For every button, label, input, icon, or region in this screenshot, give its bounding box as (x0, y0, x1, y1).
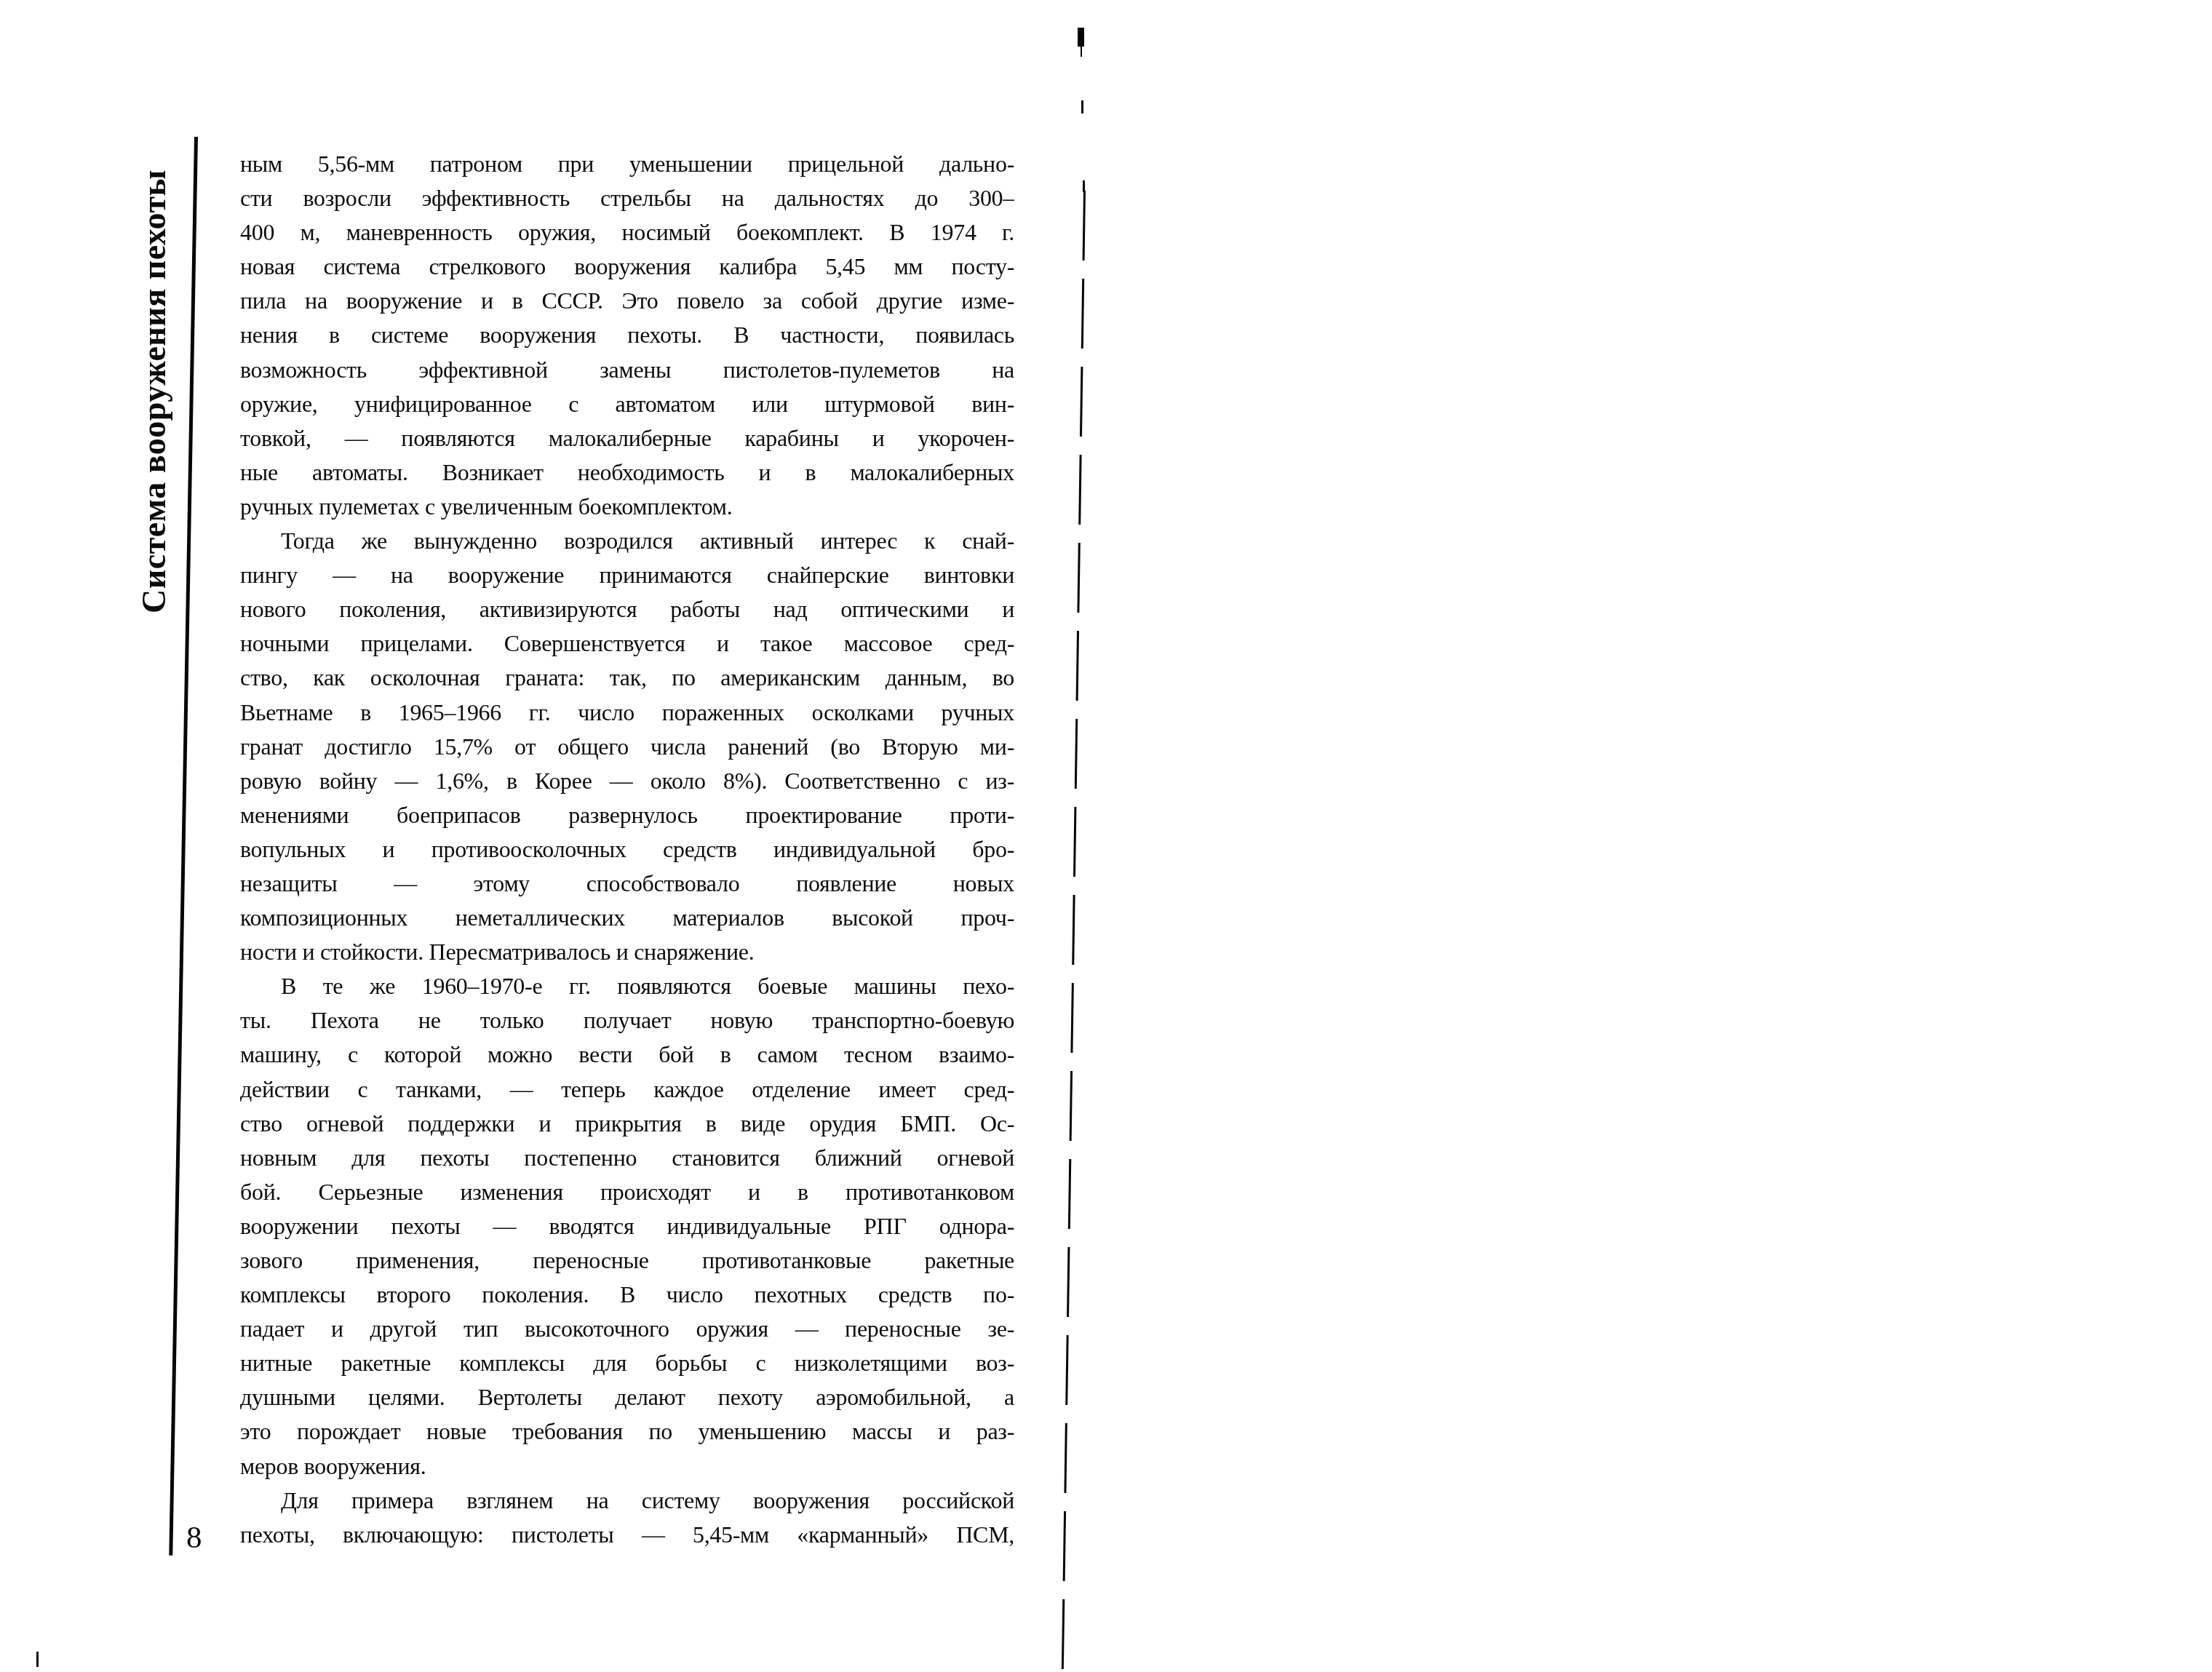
text-line: действии с танками, — теперь каждое отде… (240, 1072, 1014, 1107)
text-line: зового применения, переносные противотан… (240, 1243, 1014, 1278)
left-margin-running-title: Система вооружения пехоты (124, 154, 185, 629)
text-line: Тогда же вынужденно возродился активный … (240, 524, 1014, 558)
text-line: ные автоматы. Возникает необходимость и … (240, 455, 1014, 490)
text-line: возможность эффективной замены пистолето… (240, 353, 1014, 387)
text-line: бой. Серьезные изменения происходят и в … (240, 1175, 1014, 1209)
text-line: 400 м, маневренность оружия, носимый бое… (240, 215, 1014, 250)
text-line: пила на вооружение и в СССР. Это повело … (240, 284, 1014, 318)
left-page: Система вооружения пехоты ным 5,56-мм па… (0, 0, 1106, 1672)
gutter-scan-mark (1078, 28, 1084, 47)
text-line: ство огневой поддержки и прикрытия в вид… (240, 1107, 1014, 1141)
text-line: композиционных неметаллических материало… (240, 901, 1014, 935)
text-line: ты. Пехота не только получает новую тран… (240, 1003, 1014, 1038)
text-line: пехоты, включающую: пистолеты — 5,45-мм … (240, 1518, 1014, 1552)
right-page: 9-мм ПМ; автоматы — 7,62-мм АКМ и АКМС, … (1106, 0, 2212, 1672)
text-line: нитные ракетные комплексы для борьбы с н… (240, 1346, 1014, 1380)
text-line: вопульных и противоосколочных средств ин… (240, 832, 1014, 867)
text-line: новным для пехоты постепенно становится … (240, 1141, 1014, 1175)
text-line: душными целями. Вертолеты делают пехоту … (240, 1380, 1014, 1414)
text-line: ным 5,56-мм патроном при уменьшении приц… (240, 147, 1014, 181)
text-line: В те же 1960–1970-е гг. появляются боевы… (240, 969, 1014, 1003)
text-line: меров вооружения. (240, 1449, 1014, 1484)
left-text-column: ным 5,56-мм патроном при уменьшении приц… (240, 147, 1014, 1552)
text-line: менениями боеприпасов развернулось проек… (240, 798, 1014, 832)
text-line: ровую войну — 1,6%, в Корее — около 8%).… (240, 764, 1014, 798)
text-line: Для примера взглянем на систему вооружен… (240, 1484, 1014, 1518)
text-line: нового поколения, активизируются работы … (240, 592, 1014, 626)
text-line: новая система стрелкового вооружения кал… (240, 250, 1014, 284)
left-page-number: 8 (186, 1521, 202, 1556)
text-line: вооружении пехоты — вводятся индивидуаль… (240, 1209, 1014, 1243)
text-line: комплексы второго поколения. В число пех… (240, 1278, 1014, 1312)
gutter-scan-mark (1081, 47, 1082, 57)
corner-scan-mark (36, 1652, 39, 1667)
text-line: это порождает новые требования по уменьш… (240, 1414, 1014, 1449)
text-line: падает и другой тип высокоточного оружия… (240, 1312, 1014, 1346)
text-line: Вьетнаме в 1965–1966 гг. число пораженны… (240, 696, 1014, 730)
text-line: гранат достигло 15,7% от общего числа ра… (240, 730, 1014, 764)
text-line: сти возросли эффективность стрельбы на д… (240, 181, 1014, 215)
text-line: оружие, унифицированное с автоматом или … (240, 387, 1014, 421)
gutter-scan-mark (1081, 100, 1083, 114)
text-line: нения в системе вооружения пехоты. В час… (240, 318, 1014, 352)
text-line: ручных пулеметах с увеличенным боекомпле… (240, 490, 1014, 524)
text-line: ство, как осколочная граната: так, по ам… (240, 661, 1014, 695)
text-line: ности и стойкости. Пересматривалось и сн… (240, 935, 1014, 969)
text-line: машину, с которой можно вести бой в само… (240, 1038, 1014, 1072)
text-line: ночными прицелами. Совершенствуется и та… (240, 626, 1014, 661)
text-line: пингу — на вооружение принимаются снайпе… (240, 558, 1014, 592)
text-line: товкой, — появляются малокалиберные кара… (240, 421, 1014, 455)
text-line: незащиты — этому способствовало появлени… (240, 867, 1014, 901)
